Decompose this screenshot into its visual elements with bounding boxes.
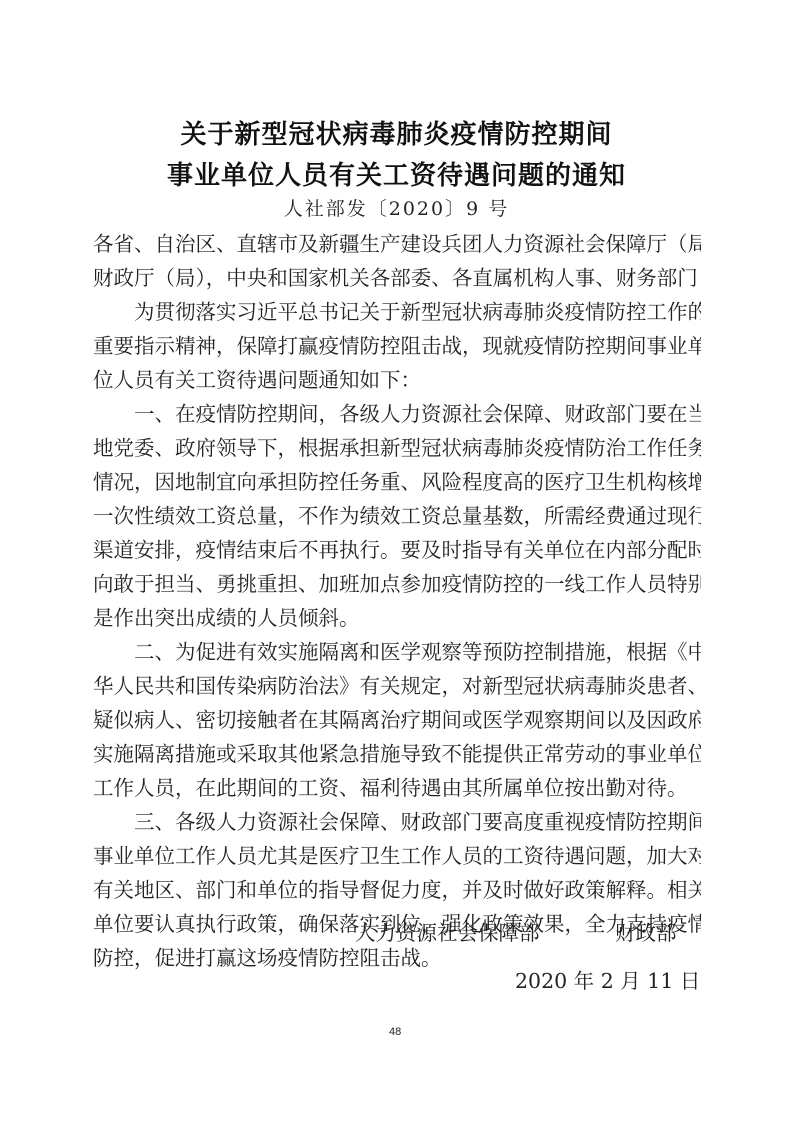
signatory-finance: 财政部 [615,918,677,948]
body-line: 工作人员，在此期间的工资、福利待遇由其所属单位按出勤对待。 [93,771,701,805]
body-line: 华人民共和国传染病防治法》有关规定，对新型冠状病毒肺炎患者、 [93,669,701,703]
addressee-line: 财政厅（局），中央和国家机关各部委、各直属机构人事、财务部门： [93,261,701,295]
body-line: 渠道安排，疫情结束后不再执行。要及时指导有关单位在内部分配时， [93,533,701,567]
document-page: 关于新型冠状病毒肺炎疫情防控期间 事业单位人员有关工资待遇问题的通知 人社部发〔… [0,0,793,1121]
body-line: 情况，因地制宜向承担防控任务重、风险程度高的医疗卫生机构核增 [93,465,701,499]
body-line: 三、各级人力资源社会保障、财政部门要高度重视疫情防控期间 [134,805,701,839]
body-line: 是作出突出成绩的人员倾斜。 [93,601,701,635]
body-line: 地党委、政府领导下，根据承担新型冠状病毒肺炎疫情防治工作任务 [93,431,701,465]
page-number: 48 [389,1026,401,1038]
body-line: 重要指示精神，保障打赢疫情防控阻击战，现就疫情防控期间事业单 [93,329,701,363]
issue-date: 2020 年 2 月 11 日 [515,966,700,996]
document-title-line-1: 关于新型冠状病毒肺炎疫情防控期间 [0,114,793,151]
signatory-hrss: 人力资源社会保障部 [355,918,540,948]
document-title-line-2: 事业单位人员有关工资待遇问题的通知 [0,155,793,192]
addressee-line: 各省、自治区、直辖市及新疆生产建设兵团人力资源社会保障厅（局）、 [93,227,701,261]
document-number: 人社部发〔2020〕9 号 [0,194,793,221]
body-line: 有关地区、部门和单位的指导督促力度，并及时做好政策解释。相关 [93,873,701,907]
body-line: 疑似病人、密切接触者在其隔离治疗期间或医学观察期间以及因政府 [93,703,701,737]
body-line: 向敢于担当、勇挑重担、加班加点参加疫情防控的一线工作人员特别 [93,567,701,601]
body-line: 一、在疫情防控期间，各级人力资源社会保障、财政部门要在当 [134,397,701,431]
body-line: 实施隔离措施或采取其他紧急措施导致不能提供正常劳动的事业单位 [93,737,701,771]
body-line: 位人员有关工资待遇问题通知如下： [93,363,701,397]
body-line: 为贯彻落实习近平总书记关于新型冠状病毒肺炎疫情防控工作的 [134,295,701,329]
body-line: 二、为促进有效实施隔离和医学观察等预防控制措施，根据《中 [134,635,701,669]
body-line: 一次性绩效工资总量，不作为绩效工资总量基数，所需经费通过现行 [93,499,701,533]
body-line: 事业单位工作人员尤其是医疗卫生工作人员的工资待遇问题，加大对 [93,839,701,873]
